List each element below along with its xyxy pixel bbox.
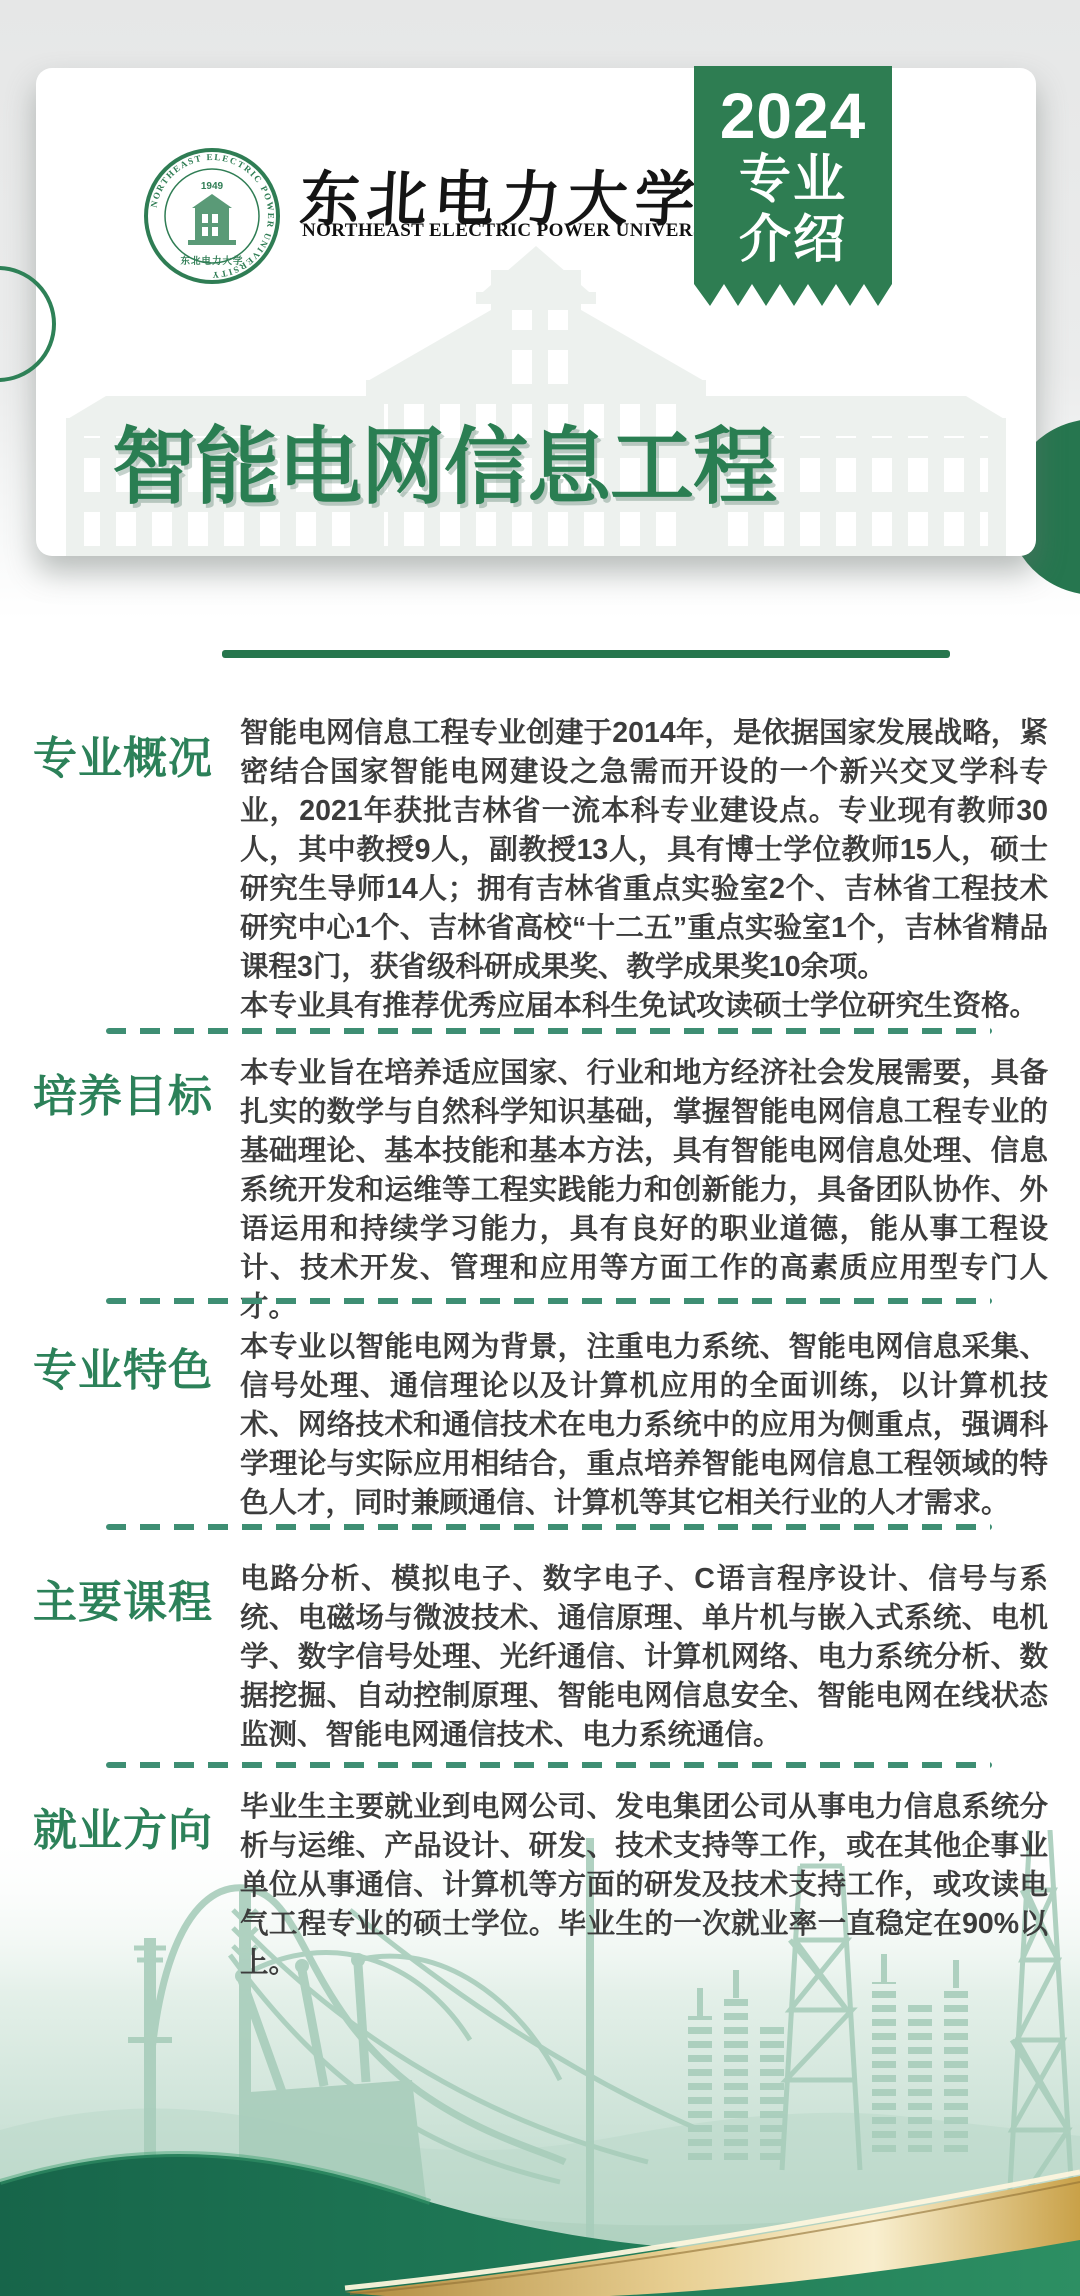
paragraph: 本专业旨在培养适应国家、行业和地方经济社会发展需要，具备扎实的数学与自然科学知识… [240, 1054, 1048, 1327]
university-seal: NORTHEAST ELECTRIC POWER UNIVERSITY 1949… [142, 146, 282, 286]
paragraph: 本专业以智能电网为背景，注重电力系统、智能电网信息采集、信号处理、通信理论以及计… [240, 1328, 1048, 1523]
paragraph: 智能电网信息工程专业创建于2014年，是依据国家发展战略，紧密结合国家智能电网建… [240, 714, 1048, 987]
major-intro-poster: NORTHEAST ELECTRIC POWER UNIVERSITY 1949… [0, 0, 1080, 2296]
ribbon-text-2: 介绍 [694, 210, 892, 270]
dashed-separator [106, 1298, 992, 1304]
section-header-features: 专业特色 [33, 1334, 243, 1398]
year-ribbon: 2024 专业 介绍 [694, 66, 892, 306]
section-body-objectives: 本专业旨在培养适应国家、行业和地方经济社会发展需要，具备扎实的数学与自然科学知识… [240, 1054, 1048, 1327]
ribbon-year: 2024 [694, 82, 892, 150]
section-body-careers: 毕业生主要就业到电网公司、发电集团公司从事电力信息系统分析与运维、产品设计、研发… [240, 1788, 1048, 1983]
dashed-separator [106, 1028, 992, 1034]
section-body-overview: 智能电网信息工程专业创建于2014年，是依据国家发展战略，紧密结合国家智能电网建… [240, 714, 1048, 1026]
section-header-careers: 就业方向 [33, 1794, 243, 1858]
seal-year: 1949 [201, 181, 224, 192]
ribbon-text-1: 专业 [694, 150, 892, 210]
section-header-overview: 专业概况 [33, 722, 243, 786]
paragraph: 电路分析、模拟电子、数字电子、C语言程序设计、信号与系统、电磁场与微波技术、通信… [240, 1560, 1048, 1755]
paragraph: 毕业生主要就业到电网公司、发电集团公司从事电力信息系统分析与运维、产品设计、研发… [240, 1788, 1048, 1983]
dashed-separator [106, 1762, 992, 1768]
seal-calligraphy: 东北电力大学 [180, 255, 243, 267]
dashed-separator [106, 1524, 992, 1530]
paragraph: 本专业具有推荐优秀应届本科生免试攻读硕士学位研究生资格。 [240, 987, 1048, 1026]
title-divider-line [222, 650, 950, 658]
page-title: 智能电网信息工程 [112, 400, 776, 521]
section-body-courses: 电路分析、模拟电子、数字电子、C语言程序设计、信号与系统、电磁场与微波技术、通信… [240, 1560, 1048, 1755]
section-header-objectives: 培养目标 [33, 1060, 243, 1124]
section-header-courses: 主要课程 [33, 1566, 243, 1630]
section-body-features: 本专业以智能电网为背景，注重电力系统、智能电网信息采集、信号处理、通信理论以及计… [240, 1328, 1048, 1523]
